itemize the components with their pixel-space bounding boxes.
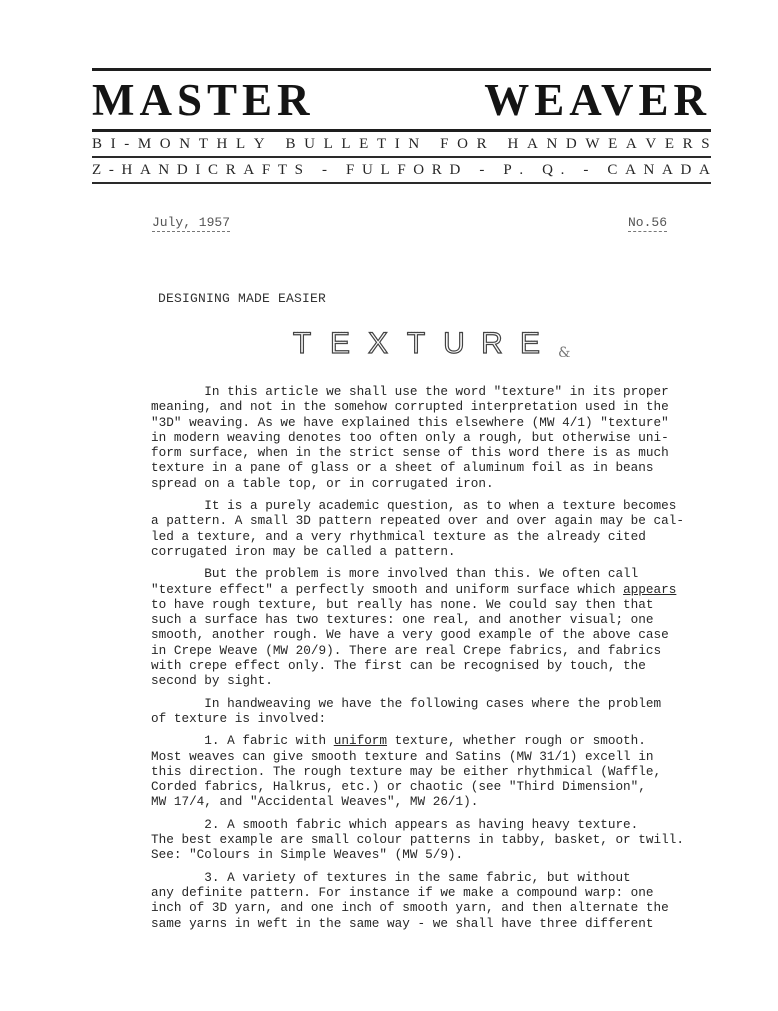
publisher-char: T [278, 162, 288, 179]
text-line: Most weaves can give smooth texture and … [151, 749, 776, 764]
subtitle-char: B [286, 136, 297, 153]
publisher-char: P [503, 162, 512, 179]
publisher-char: Z [92, 162, 102, 179]
text-line: See: "Colours in Simple Weaves" (MW 5/9)… [151, 847, 776, 862]
publisher-char [596, 162, 601, 179]
article-title: TEXTURE& [290, 325, 570, 361]
publisher-char: A [699, 162, 711, 179]
subtitle-char [495, 136, 500, 153]
publication-title: MASTER WEAVER [92, 71, 711, 129]
text-line: in Crepe Weave (MW 20/9). There are real… [151, 643, 776, 658]
text-line: But the problem is more involved than th… [151, 566, 776, 581]
subtitle-char [428, 136, 433, 153]
subtitle-char: W [585, 136, 600, 153]
publisher-char: F [397, 162, 406, 179]
emphasized-word: uniform [334, 733, 387, 748]
publisher-char: F [262, 162, 271, 179]
subtitle-char: A [626, 136, 638, 153]
publisher-char: - [479, 162, 485, 179]
publisher-char: R [432, 162, 443, 179]
text-line: smooth, another rough. We have a very go… [151, 627, 776, 642]
subtitle-char: N [546, 136, 558, 153]
article-kicker: DESIGNING MADE EASIER [158, 291, 326, 306]
subtitle-char: R [683, 136, 694, 153]
subtitle-char: L [341, 136, 351, 153]
text-line: in modern weaving denotes too often only… [151, 430, 776, 445]
masthead-bottom-rule [92, 182, 711, 184]
title-weaver: WEAVER [484, 71, 711, 129]
text-line: to have rough texture, but really has no… [151, 597, 776, 612]
subtitle-char: U [304, 136, 316, 153]
subtitle-char: L [324, 136, 334, 153]
text-line: spread on a table top, or in corrugated … [151, 476, 776, 491]
publisher-char [531, 162, 536, 179]
title-letter: X [366, 327, 390, 361]
publisher-char: . [561, 162, 566, 179]
subtitle-char: T [199, 136, 209, 153]
text-line: In this article we shall use the word "t… [151, 384, 776, 399]
subtitle-char [273, 136, 278, 153]
text-line: this direction. The rough texture may be… [151, 764, 776, 779]
text-line: 3. A variety of textures in the same fab… [151, 870, 776, 885]
subtitle-char: S [701, 136, 710, 153]
paragraph: 1. A fabric with uniform texture, whethe… [151, 733, 776, 809]
publisher-char: S [295, 162, 304, 179]
subtitle-char: O [160, 136, 172, 153]
subtitle-char: T [377, 136, 387, 153]
issue-date: July, 1957 [152, 215, 230, 232]
subtitle-char: E [608, 136, 618, 153]
publisher-char: F [346, 162, 355, 179]
publisher-char: D [681, 162, 693, 179]
publisher-address: Z-HANDICRAFTS - FULFORD - P. Q. - CANADA [92, 158, 711, 182]
publisher-char [572, 162, 577, 179]
publisher-char: Q [542, 162, 554, 179]
text-line: 1. A fabric with uniform texture, whethe… [151, 733, 776, 748]
publisher-char: . [519, 162, 524, 179]
text-line: "3D" weaving. As we have explained this … [151, 415, 776, 430]
title-master: MASTER [92, 71, 315, 129]
publisher-char: A [243, 162, 255, 179]
publisher-char [468, 162, 473, 179]
publisher-char: A [140, 162, 152, 179]
issue-info: July, 1957 No.56 [152, 215, 667, 232]
title-letter: E [518, 327, 542, 361]
paragraph: It is a purely academic question, as to … [151, 498, 776, 559]
text-line: a pattern. A small 3D pattern repeated o… [151, 513, 776, 528]
subtitle-char: H [216, 136, 228, 153]
text-line: The best example are small colour patter… [151, 832, 776, 847]
title-letter: T [404, 327, 428, 361]
text-line: of texture is involved: [151, 711, 776, 726]
subtitle-char: I [395, 136, 401, 153]
subtitle-char: A [527, 136, 539, 153]
subtitle-char: D [566, 136, 578, 153]
text-line: It is a purely academic question, as to … [151, 498, 776, 513]
text-line: In handweaving we have the following cas… [151, 696, 776, 711]
subtitle-char: - [124, 136, 130, 153]
text-line: such a surface has two textures: one rea… [151, 612, 776, 627]
publisher-char: L [381, 162, 391, 179]
publisher-char: A [662, 162, 674, 179]
publisher-char: O [413, 162, 425, 179]
paragraph: 2. A smooth fabric which appears as havi… [151, 817, 776, 863]
text-line: texture in a pane of glass or a sheet of… [151, 460, 776, 475]
paragraph: In handweaving we have the following cas… [151, 696, 776, 727]
title-flourish: & [558, 345, 570, 361]
title-letter: U [442, 327, 466, 361]
publisher-char: I [195, 162, 201, 179]
subtitle-char: B [92, 136, 103, 153]
publisher-char: U [362, 162, 374, 179]
subtitle-char: Y [254, 136, 266, 153]
publisher-char: C [607, 162, 618, 179]
subtitle-char: M [138, 136, 152, 153]
title-letter: R [480, 327, 504, 361]
text-line: MW 17/4, and "Accidental Weaves", MW 26/… [151, 794, 776, 809]
emphasized-word: appears [623, 582, 676, 597]
article-body: In this article we shall use the word "t… [151, 384, 776, 938]
text-line: corrugated iron may be called a pattern. [151, 544, 776, 559]
paragraph: 3. A variety of textures in the same fab… [151, 870, 776, 931]
publisher-char [492, 162, 497, 179]
text-line: inch of 3D yarn, and one inch of smooth … [151, 900, 776, 915]
publisher-char: N [644, 162, 656, 179]
paragraph: But the problem is more involved than th… [151, 566, 776, 688]
subtitle-char: E [665, 136, 675, 153]
issue-number: No.56 [628, 215, 667, 232]
text-line: 2. A smooth fabric which appears as havi… [151, 817, 776, 832]
text-line: any definite pattern. For instance if we… [151, 885, 776, 900]
title-letter: T [290, 327, 314, 361]
title-letter: E [328, 327, 352, 361]
subtitle-char: H [508, 136, 520, 153]
masthead: MASTER WEAVER BI-MONTHLY BULLETIN FOR HA… [92, 68, 711, 184]
subtitle-char: R [477, 136, 488, 153]
publisher-char: - [583, 162, 589, 179]
text-line: same yarns in weft in the same way - we … [151, 916, 776, 931]
subtitle-char: O [457, 136, 469, 153]
text-line: second by sight. [151, 673, 776, 688]
publication-subtitle: BI-MONTHLY BULLETIN FOR HANDWEAVERS [92, 132, 711, 156]
text-line: meaning, and not in the somehow corrupte… [151, 399, 776, 414]
publisher-char: D [177, 162, 189, 179]
subtitle-char: V [645, 136, 657, 153]
text-line: Corded fabrics, Halkrus, etc.) or chaoti… [151, 779, 776, 794]
publisher-char: D [449, 162, 461, 179]
subtitle-char: I [111, 136, 117, 153]
text-line: form surface, when in the strict sense o… [151, 445, 776, 460]
subtitle-char: N [408, 136, 420, 153]
subtitle-char: E [359, 136, 369, 153]
subtitle-char: N [179, 136, 191, 153]
publisher-char: C [208, 162, 219, 179]
publisher-char [335, 162, 340, 179]
publisher-char: N [158, 162, 170, 179]
text-line: "texture effect" a perfectly smooth and … [151, 582, 776, 597]
text-line: with crepe effect only. The first can be… [151, 658, 776, 673]
publisher-char: A [625, 162, 637, 179]
subtitle-char: F [440, 136, 449, 153]
publisher-char [311, 162, 316, 179]
paragraph: In this article we shall use the word "t… [151, 384, 776, 491]
text-line: led a texture, and a very rhythmical tex… [151, 529, 776, 544]
publisher-char: - [109, 162, 115, 179]
publisher-char: - [322, 162, 328, 179]
publisher-char: R [226, 162, 237, 179]
subtitle-char: L [236, 136, 246, 153]
publisher-char: H [121, 162, 133, 179]
